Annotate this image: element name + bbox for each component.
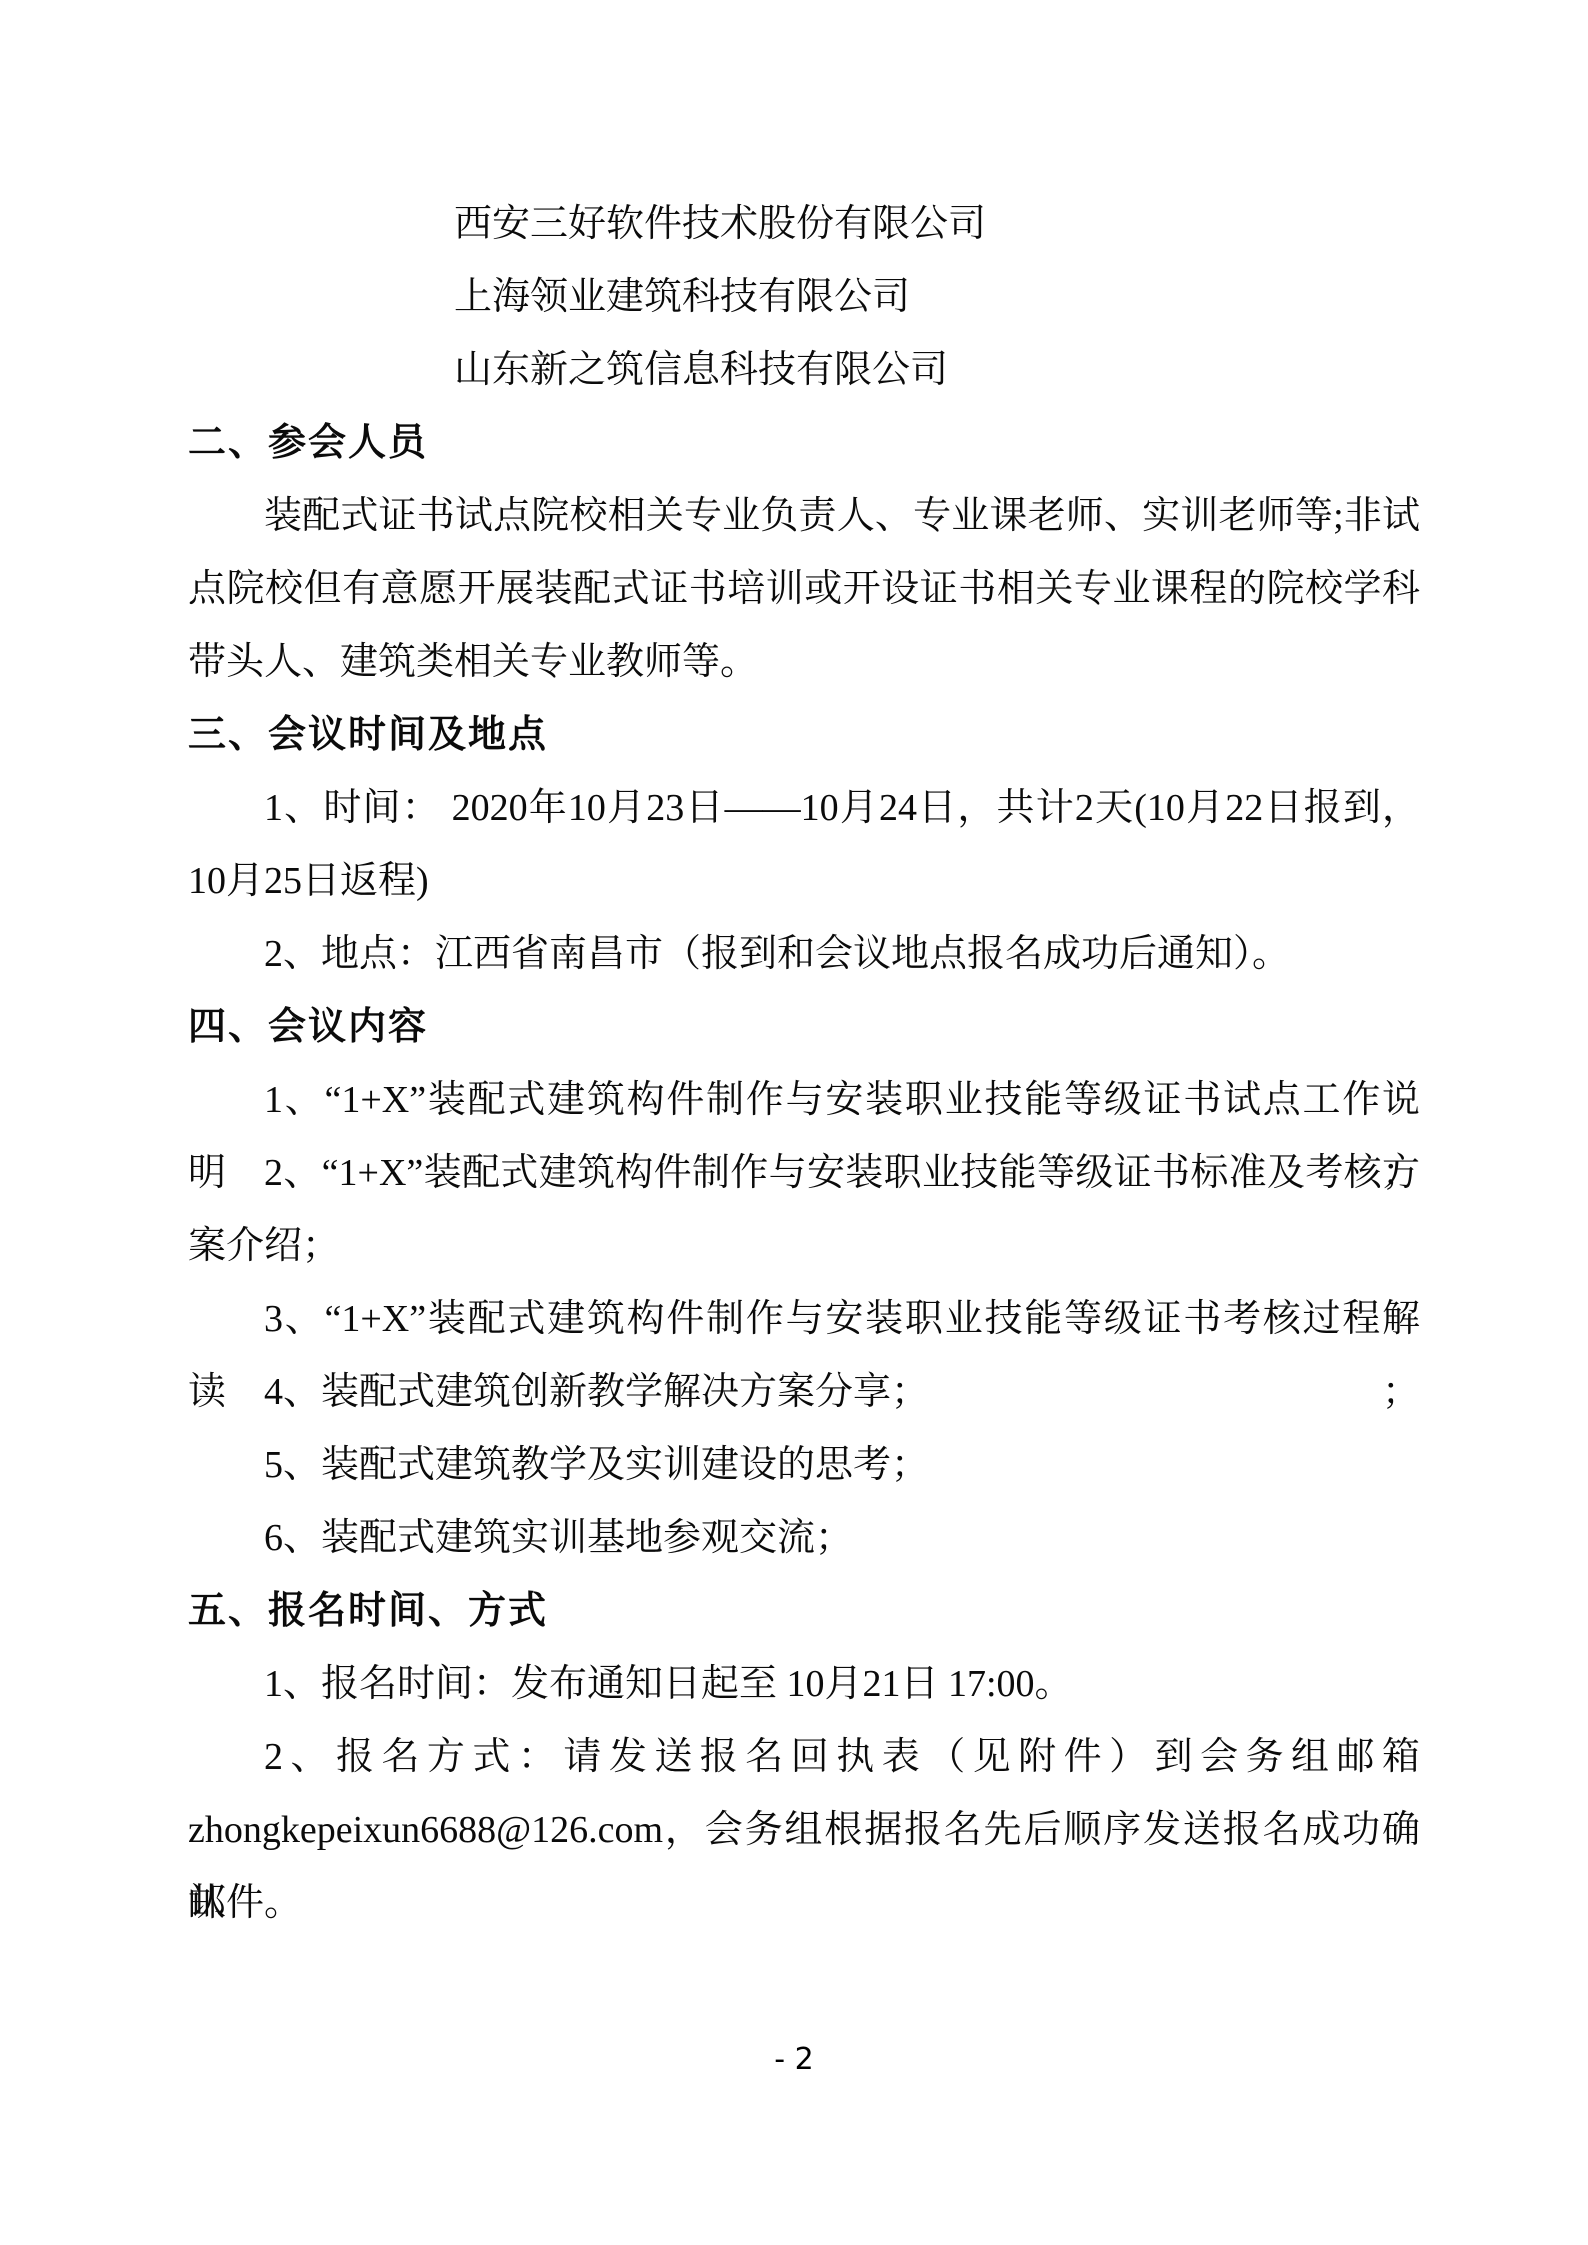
- company-name-line: 上海领业建筑科技有限公司: [188, 261, 1420, 334]
- body-text-line: 1、时间： 2020年10月23日——10月24日，共计2天(10月22日报到，: [188, 772, 1420, 845]
- company-name-line: 山东新之筑信息科技有限公司: [188, 334, 1420, 407]
- body-text-line: 2、地点：江西省南昌市（报到和会议地点报名成功后通知）。: [188, 918, 1420, 991]
- body-text-line: 1、“1+X”装配式建筑构件制作与安装职业技能等级证书试点工作说明；: [188, 1064, 1420, 1137]
- body-text-line: 1、报名时间：发布通知日起至 10月21日 17:00。: [188, 1648, 1420, 1721]
- body-text-line: 3、“1+X”装配式建筑构件制作与安装职业技能等级证书考核过程解读；: [188, 1283, 1420, 1356]
- body-text-line: 案介绍；: [188, 1210, 1420, 1283]
- body-text-line: 2、报名方式：请发送报名回执表（见附件）到会务组邮箱: [188, 1721, 1420, 1794]
- section-heading-time-location: 三、会议时间及地点: [188, 699, 1420, 772]
- section-heading-attendees: 二、参会人员: [188, 407, 1420, 480]
- body-text-line: 装配式证书试点院校相关专业负责人、专业课老师、实训老师等;非试: [188, 480, 1420, 553]
- body-text-line: 6、装配式建筑实训基地参观交流；: [188, 1502, 1420, 1575]
- section-heading-agenda: 四、会议内容: [188, 991, 1420, 1064]
- body-text-line: 10月25日返程): [188, 845, 1420, 918]
- section-heading-registration: 五、报名时间、方式: [188, 1575, 1420, 1648]
- page-number: - 2: [0, 2032, 1588, 2088]
- document-page: 西安三好软件技术股份有限公司 上海领业建筑科技有限公司 山东新之筑信息科技有限公…: [0, 0, 1588, 2245]
- body-text-line: 带头人、建筑类相关专业教师等。: [188, 626, 1420, 699]
- body-text-line: 2、“1+X”装配式建筑构件制作与安装职业技能等级证书标准及考核方: [188, 1137, 1420, 1210]
- body-text-line: zhongkepeixun6688@126.com，会务组根据报名先后顺序发送报…: [188, 1794, 1420, 1867]
- company-name-line: 西安三好软件技术股份有限公司: [188, 188, 1420, 261]
- document-body: 西安三好软件技术股份有限公司 上海领业建筑科技有限公司 山东新之筑信息科技有限公…: [188, 188, 1420, 1940]
- body-text-line: 点院校但有意愿开展装配式证书培训或开设证书相关专业课程的院校学科: [188, 553, 1420, 626]
- body-text-line: 5、装配式建筑教学及实训建设的思考；: [188, 1429, 1420, 1502]
- body-text-line: 邮件。: [188, 1867, 1420, 1940]
